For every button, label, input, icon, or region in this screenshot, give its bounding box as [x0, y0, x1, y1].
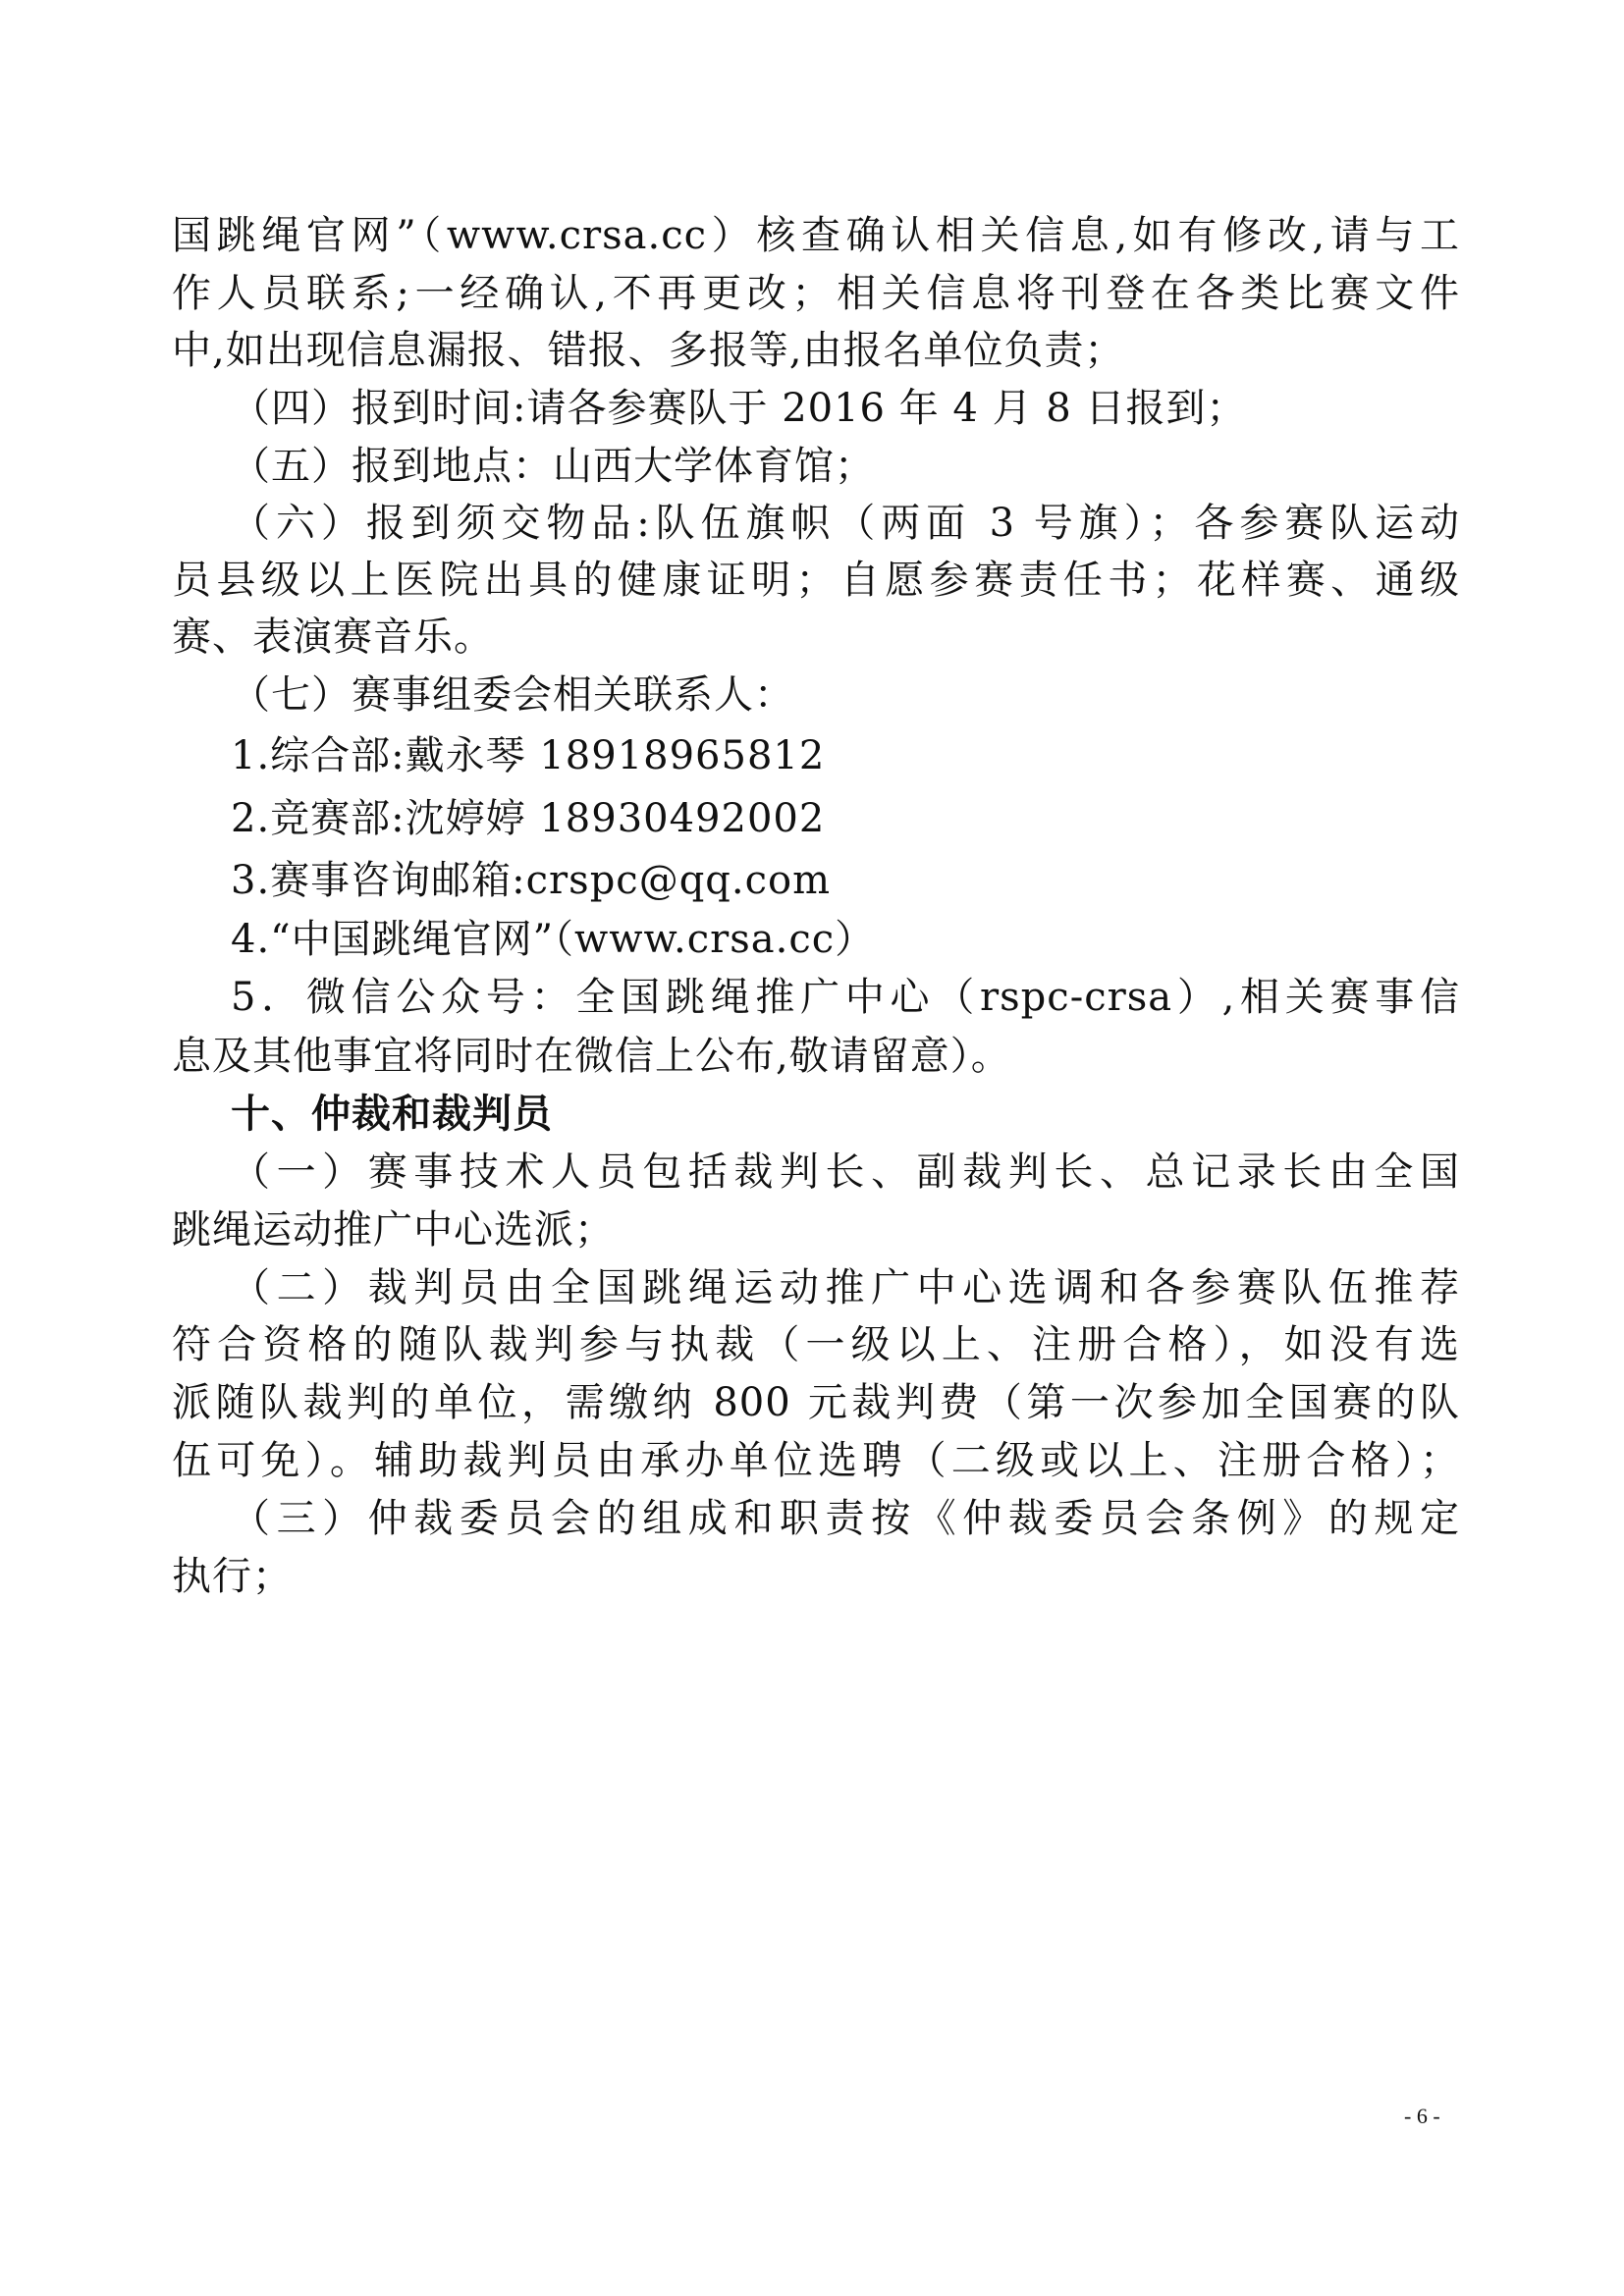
- paragraph-line: 伍可免）。辅助裁判员由承办单位选聘（二级或以上、注册合格）；: [172, 1433, 1460, 1488]
- section-heading: 十、仲裁和裁判员: [231, 1087, 1519, 1142]
- referee-item-2: （二）裁判员由全国跳绳运动推广中心选调和各参赛队伍推荐: [231, 1260, 1460, 1315]
- paragraph-line: 员县级以上医院出具的健康证明；自愿参赛责任书；花样赛、通级: [172, 553, 1460, 608]
- required-items-line: （六）报到须交物品:队伍旗帜（两面 3 号旗）；各参赛队运动: [231, 496, 1460, 551]
- registration-time-item: （四）报到时间:请各参赛队于 2016 年 4 月 8 日报到；: [231, 381, 1519, 436]
- paragraph-line: 息及其他事宜将同时在微信上公布,敬请留意）。: [172, 1029, 1460, 1084]
- contacts-heading: （七）赛事组委会相关联系人：: [231, 667, 1519, 722]
- paragraph-line: 国跳绳官网”（www.crsa.cc）核查确认相关信息,如有修改,请与工: [172, 208, 1460, 263]
- contact-email: 3.赛事咨询邮箱:crspc@qq.com: [231, 853, 1519, 908]
- paragraph-line: 派随队裁判的单位，需缴纳 800 元裁判费（第一次参加全国赛的队: [172, 1375, 1460, 1430]
- registration-location-item: （五）报到地点：山西大学体育馆；: [231, 439, 1519, 494]
- contact-general-dept: 1.综合部:戴永琴 18918965812: [231, 728, 1519, 783]
- contact-competition-dept: 2.竞赛部:沈婷婷 18930492002: [231, 791, 1519, 846]
- referee-item-3: （三）仲裁委员会的组成和职责按《仲裁委员会条例》的规定: [231, 1491, 1460, 1546]
- paragraph-line: 跳绳运动推广中心选派；: [172, 1202, 1460, 1257]
- contact-wechat: 5．微信公众号：全国跳绳推广中心（rspc-crsa）,相关赛事信: [231, 970, 1460, 1025]
- contact-website: 4.“中国跳绳官网”（www.crsa.cc）: [231, 912, 1519, 967]
- referee-item-1: （一）赛事技术人员包括裁判长、副裁判长、总记录长由全国: [231, 1145, 1460, 1200]
- document-page: 国跳绳官网”（www.crsa.cc）核查确认相关信息,如有修改,请与工 作人员…: [0, 0, 1624, 2296]
- page-number: - 6 -: [1404, 2104, 1440, 2129]
- paragraph-line: 符合资格的随队裁判参与执裁（一级以上、注册合格），如没有选: [172, 1317, 1460, 1372]
- paragraph-line: 赛、表演赛音乐。: [172, 610, 1460, 665]
- paragraph-line: 作人员联系;一经确认,不再更改；相关信息将刊登在各类比赛文件: [172, 266, 1460, 321]
- paragraph-line: 中,如出现信息漏报、错报、多报等,由报名单位负责；: [172, 323, 1460, 378]
- paragraph-line: 执行；: [172, 1549, 1460, 1604]
